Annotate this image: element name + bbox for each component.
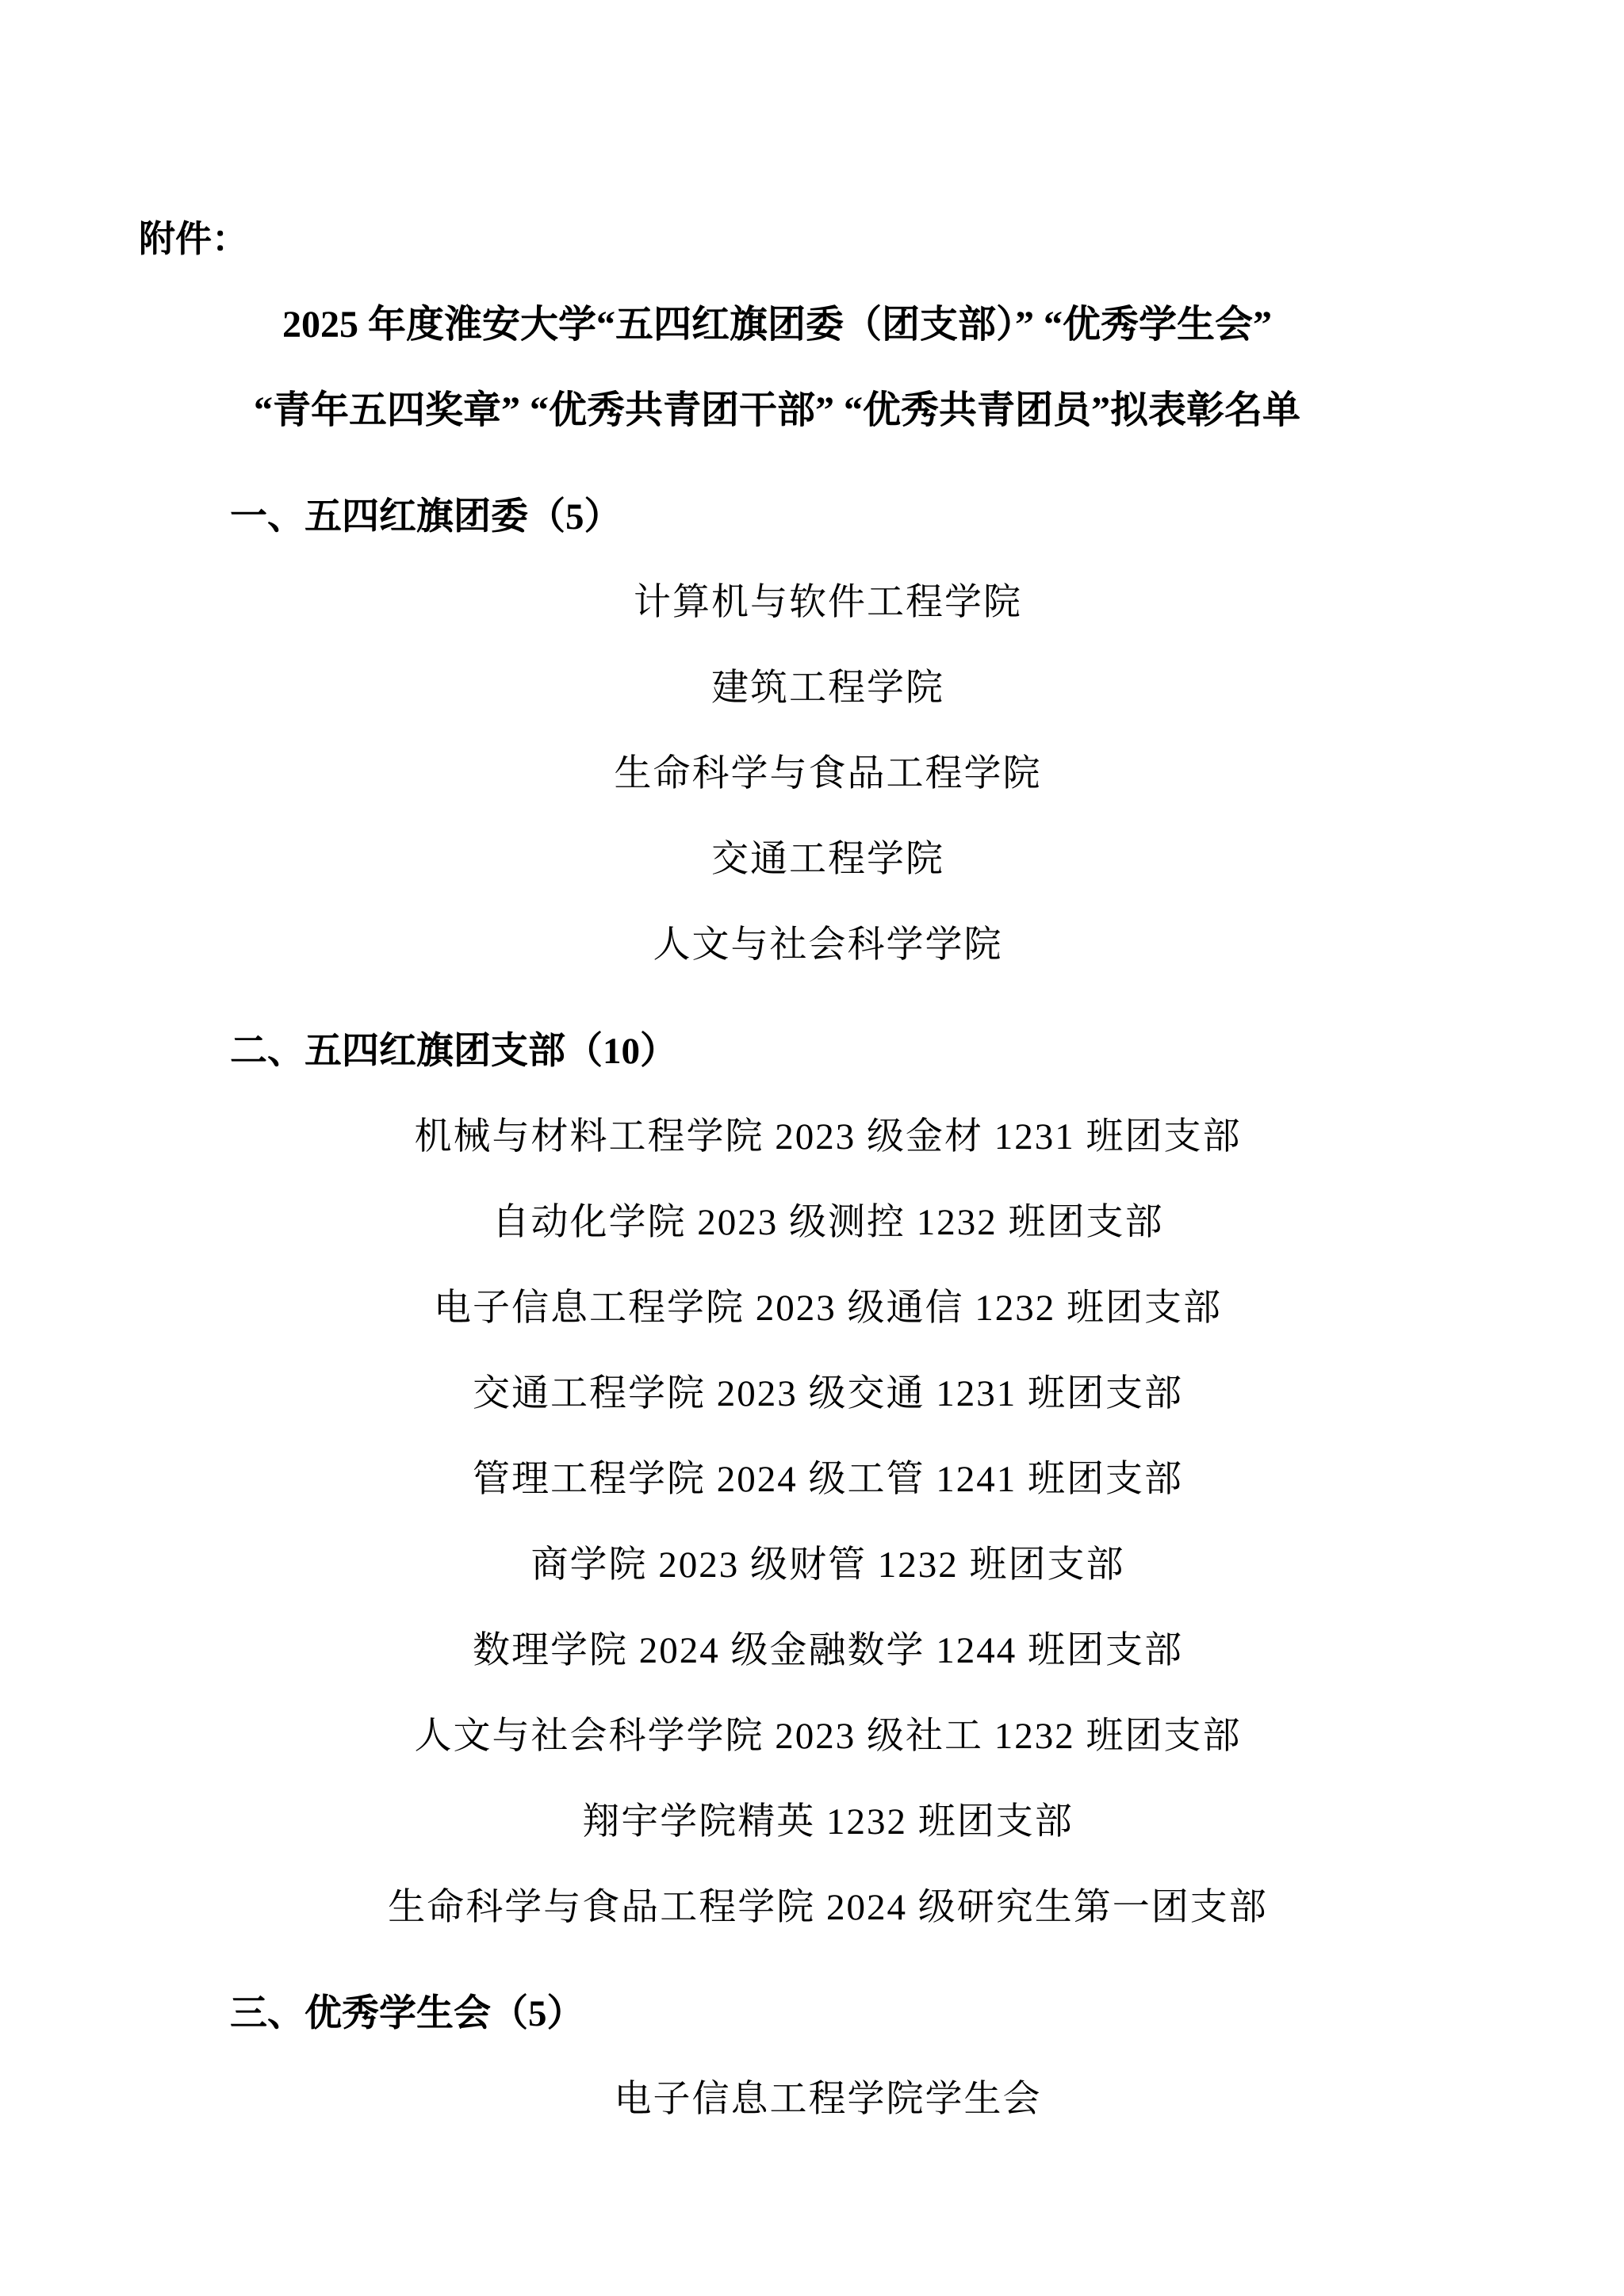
award-list-item: 数理学院 2024 级金融数学 1244 班团支部 [139,1608,1517,1693]
award-list-item: 建筑工程学院 [139,645,1517,731]
award-list-item: 商学院 2023 级财管 1232 班团支部 [139,1522,1517,1608]
award-list-item: 机械与材料工程学院 2023 级金材 1231 班团支部 [139,1094,1517,1180]
award-section-1: 一、五四红旗团委（5）计算机与软件工程学院建筑工程学院生命科学与食品工程学院交通… [139,474,1517,988]
award-list-item: 生命科学与食品工程学院 2024 级研究生第一团支部 [139,1865,1517,1950]
award-list-item: 生命科学与食品工程学院 [139,731,1517,817]
attachment-label: 附件： [139,197,1517,282]
document-title: 2025 年度淮安大学“五四红旗团委（团支部）” “优秀学生会” “青年五四奖章… [139,282,1517,453]
award-list-item: 翔宇学院精英 1232 班团支部 [139,1779,1517,1865]
award-section-3: 三、优秀学生会（5）电子信息工程学院学生会 [139,1971,1517,2142]
award-list-item: 电子信息工程学院学生会 [139,2057,1517,2142]
award-sections: 一、五四红旗团委（5）计算机与软件工程学院建筑工程学院生命科学与食品工程学院交通… [139,474,1517,2142]
award-list-item: 人文与社会科学学院 [139,902,1517,988]
award-list-item: 交通工程学院 2023 级交通 1231 班团支部 [139,1351,1517,1437]
section-heading: 二、五四红旗团支部（10） [139,1008,1517,1094]
document-title-line-1: 2025 年度淮安大学“五四红旗团委（团支部）” “优秀学生会” [139,282,1415,368]
document-title-line-2: “青年五四奖章” “优秀共青团干部” “优秀共青团员”拟表彰名单 [139,368,1415,453]
award-section-2: 二、五四红旗团支部（10）机械与材料工程学院 2023 级金材 1231 班团支… [139,1008,1517,1950]
award-list-item: 计算机与软件工程学院 [139,560,1517,645]
award-list-item: 自动化学院 2023 级测控 1232 班团支部 [139,1180,1517,1265]
award-list-item: 管理工程学院 2024 级工管 1241 班团支部 [139,1437,1517,1522]
document-content: 附件： 2025 年度淮安大学“五四红旗团委（团支部）” “优秀学生会” “青年… [0,0,1624,2142]
award-list-item: 人文与社会科学学院 2023 级社工 1232 班团支部 [139,1693,1517,1779]
section-heading: 一、五四红旗团委（5） [139,474,1517,560]
document-page: 附件： 2025 年度淮安大学“五四红旗团委（团支部）” “优秀学生会” “青年… [0,0,1624,2296]
award-list-item: 电子信息工程学院 2023 级通信 1232 班团支部 [139,1265,1517,1351]
section-heading: 三、优秀学生会（5） [139,1971,1517,2057]
award-list-item: 交通工程学院 [139,817,1517,902]
